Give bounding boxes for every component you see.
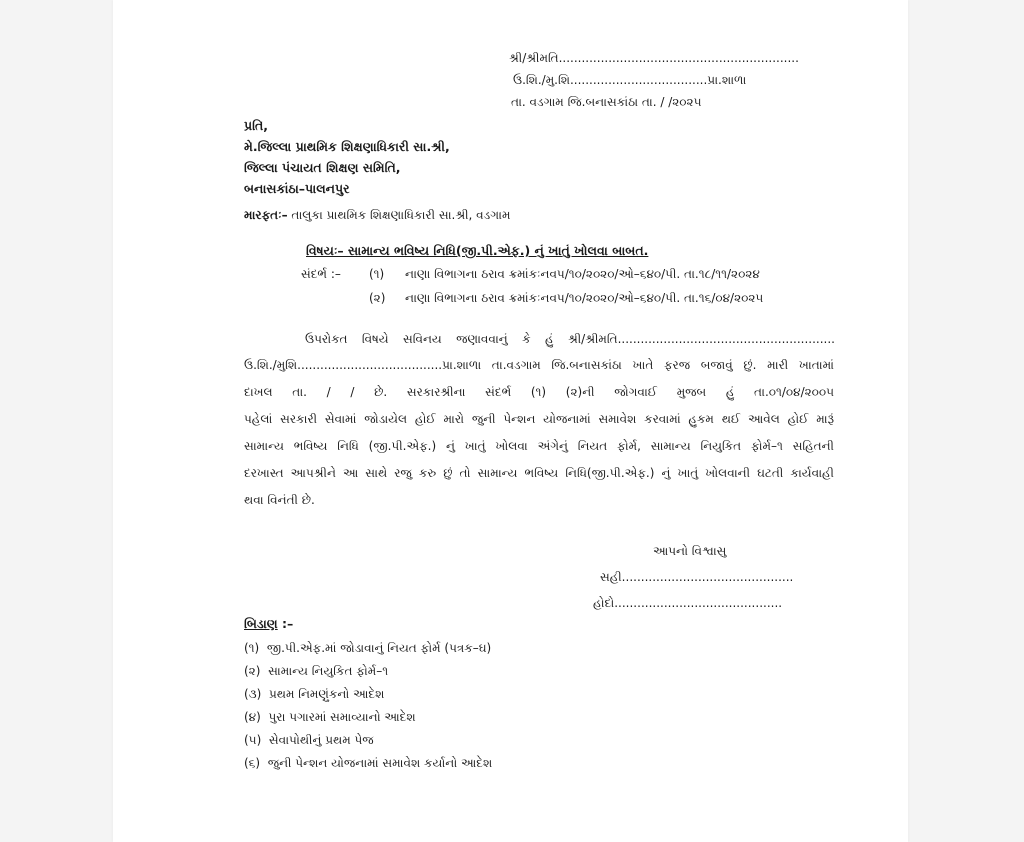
reference-2-num: (૨) <box>369 290 385 306</box>
enclosure-item-2: (૨) સામાન્ય નિયુકિત ફોર્મ–૧ <box>244 663 388 679</box>
enclosure-text: પ્રથમ નિમણુંકનો આદેશ <box>269 687 384 701</box>
document-page: શ્રી/શ્રીમતિ............................… <box>113 0 908 842</box>
closing-text: આપનો વિશ્વાસુ <box>653 543 726 559</box>
reference-1-num: (૧) <box>369 266 384 282</box>
enclosure-num: (૪) <box>244 710 261 724</box>
enclosures-heading: બિડાણ :– <box>244 616 293 632</box>
subject-line: વિષયઃ– સામાન્ય ભવિષ્ય નિધિ(જી.પી.એફ.) નુ… <box>306 243 648 259</box>
enclosure-text: સામાન્ય નિયુકિત ફોર્મ–૧ <box>268 664 388 678</box>
enclosure-item-3: (૩) પ્રથમ નિમણુંકનો આદેશ <box>244 686 384 702</box>
reference-1-text: નાણા વિભાગના ઠરાવ ક્રમાંકઃનવપ/૧૦/૨૦૨૦/ઓ–… <box>405 266 760 282</box>
body-line-6: દરખાસ્ત આપશ્રીને આ સાથે રજુ કરુ છું તો સ… <box>244 465 834 481</box>
body-line-3: દાખલ તા. / / છે. સરકારશ્રીના સંદર્ભ (૧) … <box>244 384 834 400</box>
enclosure-num: (૩) <box>244 687 261 701</box>
body-line-7: થવા વિનંતી છે. <box>244 492 315 508</box>
enclosure-text: સેવાપોથીનું પ્રથમ પેજ <box>269 733 374 747</box>
recipient-line-3: બનાસકાંઠા–પાલનપુર <box>244 181 350 197</box>
designation-line: હોદો....................................… <box>593 595 782 611</box>
body-line-2: ઉ.શિ./મુશિ..............................… <box>244 357 834 373</box>
recipient-prati: પ્રતિ, <box>244 118 268 134</box>
enclosure-item-4: (૪) પુરા પગારમાં સમાવ્યાનો આદેશ <box>244 709 416 725</box>
sender-name-line: શ્રી/શ્રીમતિ............................… <box>509 50 799 66</box>
signature-line: સહી.....................................… <box>600 569 793 585</box>
enclosure-text: જી.પી.એફ.માં જોડાવાનું નિયત ફોર્મ (પત્રક… <box>267 641 491 655</box>
body-line-5: સામાન્ય ભવિષ્ય નિધિ (જી.પી.એફ.) નું ખાતુ… <box>244 438 834 454</box>
recipient-line-1: મે.જિલ્લા પ્રાથમિક શિક્ષણાધિકારી સા.શ્રી… <box>244 139 450 155</box>
enclosures-heading-label: બિડાણ <box>244 616 278 631</box>
enclosure-num: (૧) <box>244 641 259 655</box>
body-line-4: પહેલાં સરકારી સેવામાં જોડાયેલ હોઈ મારો જ… <box>244 411 834 427</box>
enclosures-heading-suffix: :– <box>278 616 294 631</box>
through-value: તાલુકા પ્રાથમિક શિક્ષણાધિકારી સા.શ્રી, વ… <box>288 208 511 222</box>
enclosure-item-6: (૬) જુની પેન્શન યોજનામાં સમાવેશ કર્યાનો … <box>244 755 492 771</box>
sender-place-date-line: તા. વડગામ જિ.બનાસકાંઠા તા. / /૨૦૨૫ <box>511 94 701 110</box>
enclosure-item-1: (૧) જી.પી.એફ.માં જોડાવાનું નિયત ફોર્મ (પ… <box>244 640 491 656</box>
enclosure-num: (૬) <box>244 756 260 770</box>
enclosure-item-5: (૫) સેવાપોથીનું પ્રથમ પેજ <box>244 732 374 748</box>
sender-post-line: ઉ.શિ./મુ.શિ.............................… <box>513 72 746 88</box>
recipient-line-2: જિલ્લા પંચાયત શિક્ષણ સમિતિ, <box>244 160 401 176</box>
reference-2-text: નાણા વિભાગના ઠરાવ ક્રમાંકઃનવપ/૧૦/૨૦૨૦/ઓ–… <box>405 290 763 306</box>
enclosure-num: (૫) <box>244 733 261 747</box>
body-line-1: ઉપરોકત વિષયે સવિનય જણાવવાનું કે હું શ્રી… <box>305 331 835 347</box>
enclosure-num: (૨) <box>244 664 260 678</box>
through-label: મારફતઃ– <box>244 208 288 222</box>
enclosure-text: જુની પેન્શન યોજનામાં સમાવેશ કર્યાનો આદેશ <box>268 756 493 770</box>
through-line: મારફતઃ– તાલુકા પ્રાથમિક શિક્ષણાધિકારી સા… <box>244 207 510 223</box>
enclosure-text: પુરા પગારમાં સમાવ્યાનો આદેશ <box>268 710 415 724</box>
reference-label: સંદર્ભ :– <box>301 266 341 282</box>
